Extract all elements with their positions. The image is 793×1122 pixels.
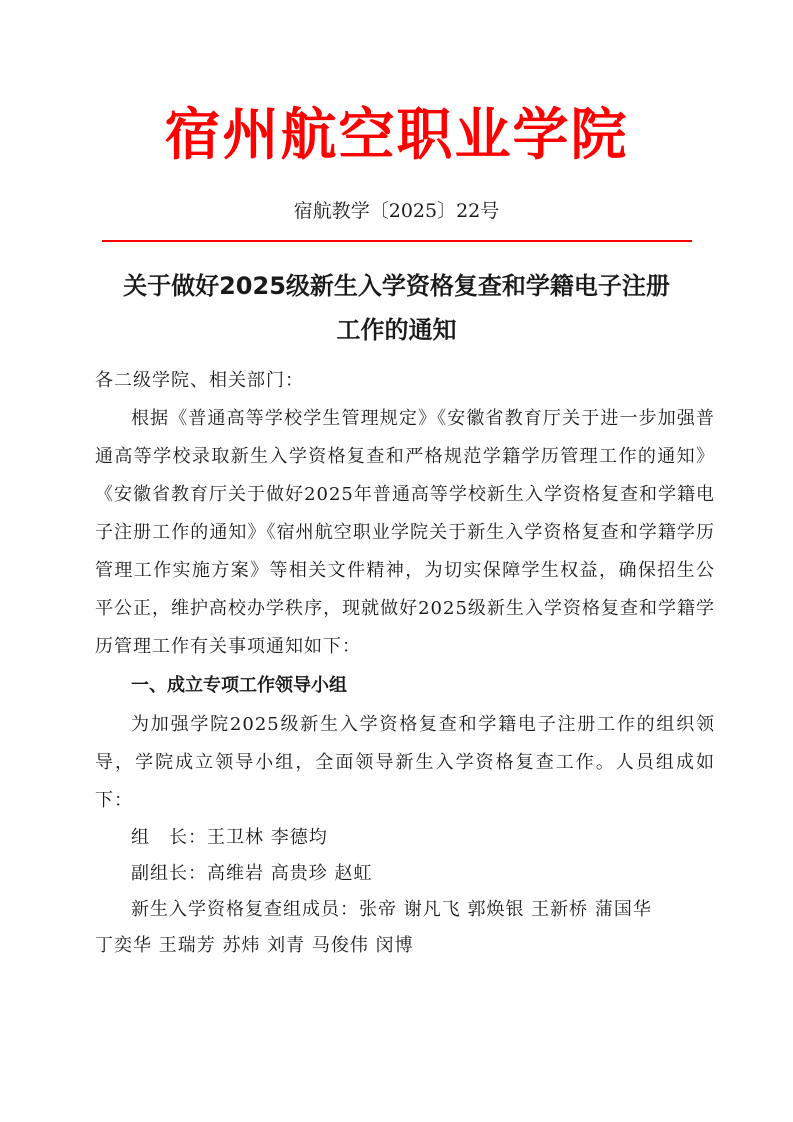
document-number: 宿航教学〔2025〕22号 xyxy=(0,198,793,224)
members-line-2: 丁奕华 王瑞芳 苏炜 刘青 马俊伟 闵博 xyxy=(95,928,715,964)
document-title: 关于做好2025级新生入学资格复查和学籍电子注册 工作的通知 xyxy=(80,264,713,352)
members-line-1: 新生入学资格复查组成员：张帝 谢凡飞 郭焕银 王新桥 蒲国华 xyxy=(95,892,715,928)
intro-paragraph: 根据《普通高等学校学生管理规定》《安徽省教育厅关于进一步加强普通高等学校录取新生… xyxy=(95,400,715,666)
section-heading-1: 一、成立专项工作领导小组 xyxy=(95,666,715,706)
document-body: 各二级学院、相关部门： 根据《普通高等学校学生管理规定》《安徽省教育厅关于进一步… xyxy=(95,362,715,964)
section-1-paragraph: 为加强学院2025级新生入学资格复查和学籍电子注册工作的组织领导，学院成立领导小… xyxy=(95,706,715,820)
red-divider xyxy=(102,240,692,242)
institution-name: 宿州航空职业学院 xyxy=(0,100,793,170)
deputy-leader: 副组长：高维岩 高贵珍 赵虹 xyxy=(95,856,715,892)
salutation: 各二级学院、相关部门： xyxy=(95,362,715,400)
title-line-2: 工作的通知 xyxy=(80,308,713,352)
group-leader: 组 长：王卫林 李德均 xyxy=(95,820,715,856)
title-line-1: 关于做好2025级新生入学资格复查和学籍电子注册 xyxy=(80,264,713,308)
